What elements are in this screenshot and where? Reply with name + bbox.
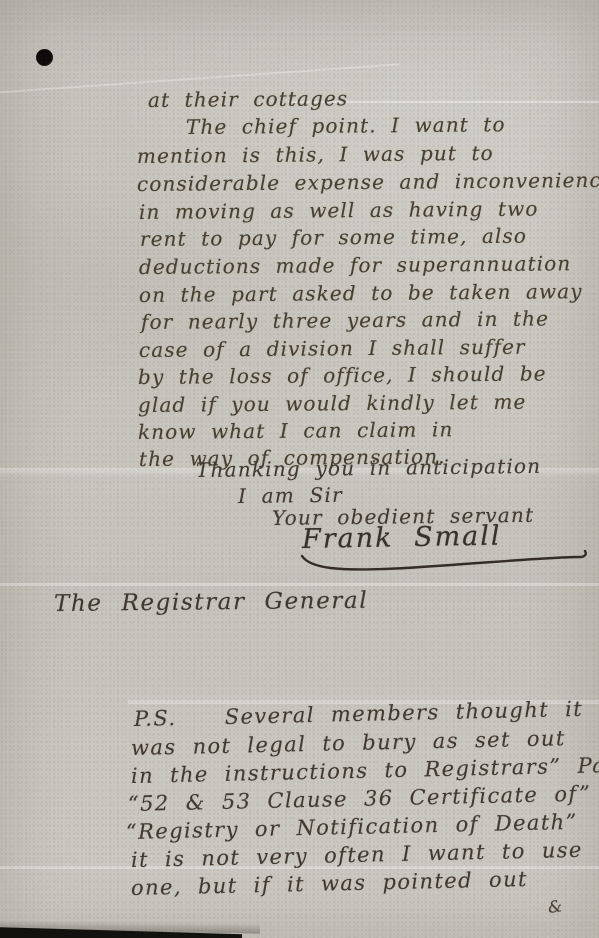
catchword-mark: & [547,896,565,917]
handwritten-line: on the part asked to be taken away [139,279,583,307]
handwritten-line: deductions made for superannuation [139,251,572,279]
handwritten-line: The chief point. I want to [186,112,506,139]
handwritten-line: rent to pay for some time, also [140,224,527,251]
handwritten-line: case of a division I shall suffer [139,335,526,362]
punch-hole [36,49,53,66]
document-photo: at their cottages The chief point. I wan… [0,0,599,938]
handwritten-line: mention is this, I was put to [137,141,494,168]
handwritten-line: glad if you would kindly let me [138,390,527,417]
signature: Frank Small [302,521,502,555]
handwritten-line: for nearly three years and in the [141,306,549,334]
handwritten-line: in moving as well as having two [139,197,539,224]
handwritten-line: by the loss of office, I should be [138,361,547,389]
addressee-line: The Registrar General [54,588,368,617]
handwritten-line: at their cottages [148,86,348,112]
handwritten-line: know what I can claim in [138,417,454,444]
closing-line: Thanking you in anticipation [196,454,542,482]
handwritten-line: considerable expense and inconvenience [137,168,599,196]
closing-line: I am Sir [238,483,343,508]
